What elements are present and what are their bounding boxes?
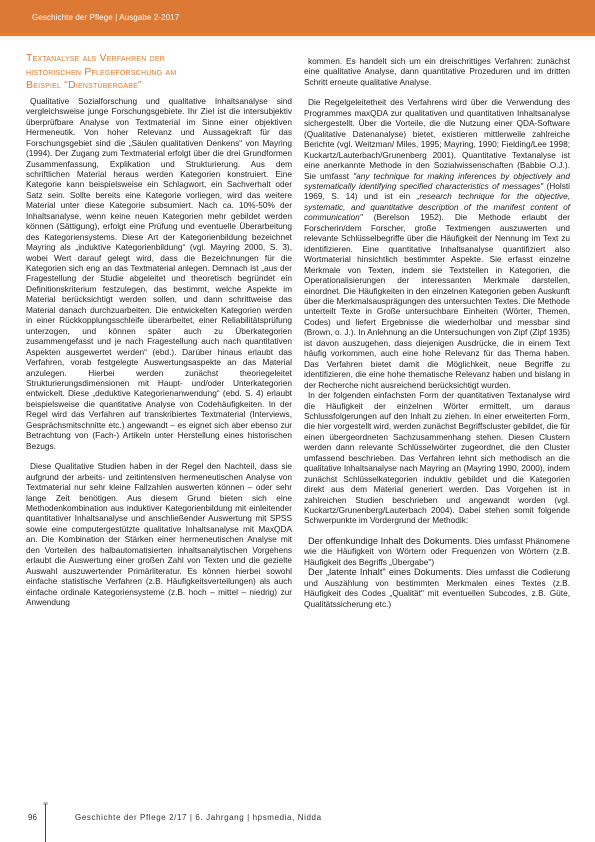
page-number: 96 bbox=[28, 813, 37, 822]
body-text: Die Regelgeleitetheit des Verfahrens wir… bbox=[304, 97, 570, 180]
paragraph-spacer bbox=[26, 451, 292, 461]
footer-publication-info: Geschichte der Pflege 2/17 | 6. Jahrgang… bbox=[75, 813, 322, 822]
body-paragraph: kommen. Es handelt sich um ein dreischri… bbox=[304, 56, 570, 87]
paragraph-spacer bbox=[304, 526, 570, 536]
page-footer: 96 Geschichte der Pflege 2/17 | 6. Jahrg… bbox=[0, 800, 595, 842]
footer-divider bbox=[45, 804, 46, 842]
header-shadow bbox=[0, 36, 595, 42]
focus-item-manifest: Der offenkundige Inhalt des Dokuments. D… bbox=[304, 536, 570, 567]
focus-item-lead: Der offenkundige Inhalt des Dokuments. bbox=[308, 536, 472, 546]
focus-item-latent: Der „latente Inhalt" eines Dokuments. Di… bbox=[304, 567, 570, 609]
left-column: Textanalyse als Verfahren der historisch… bbox=[26, 52, 292, 608]
body-paragraph-with-quotes: Die Regelgeleitetheit des Verfahrens wir… bbox=[304, 97, 570, 390]
body-text: (Berelson 1952). Die Methode erlaubt der… bbox=[304, 212, 570, 389]
article-title-line-1: Textanalyse als Verfahren der bbox=[26, 52, 165, 64]
article-title-line-2: historischen Pflegeforschung am bbox=[26, 66, 176, 78]
running-header-title: Geschichte der Pflege | Ausgabe 2-2017 bbox=[32, 13, 179, 22]
paragraph-spacer bbox=[304, 87, 570, 97]
article-title: Textanalyse als Verfahren der historisch… bbox=[26, 52, 292, 93]
body-paragraph: In der folgenden einfachsten Form der qu… bbox=[304, 390, 570, 526]
right-column: kommen. Es handelt sich um ein dreischri… bbox=[304, 56, 570, 609]
running-header-bar: Geschichte der Pflege | Ausgabe 2-2017 bbox=[0, 0, 595, 36]
focus-item-lead: Der „latente Inhalt" eines Dokuments. bbox=[308, 567, 463, 577]
body-paragraph: Diese Qualitative Studien haben in der R… bbox=[26, 461, 292, 607]
body-paragraph: Qualitative Sozialforschung und qualitat… bbox=[26, 96, 292, 451]
article-title-line-3: Beispiel "Dienstübergabe" bbox=[26, 79, 142, 91]
